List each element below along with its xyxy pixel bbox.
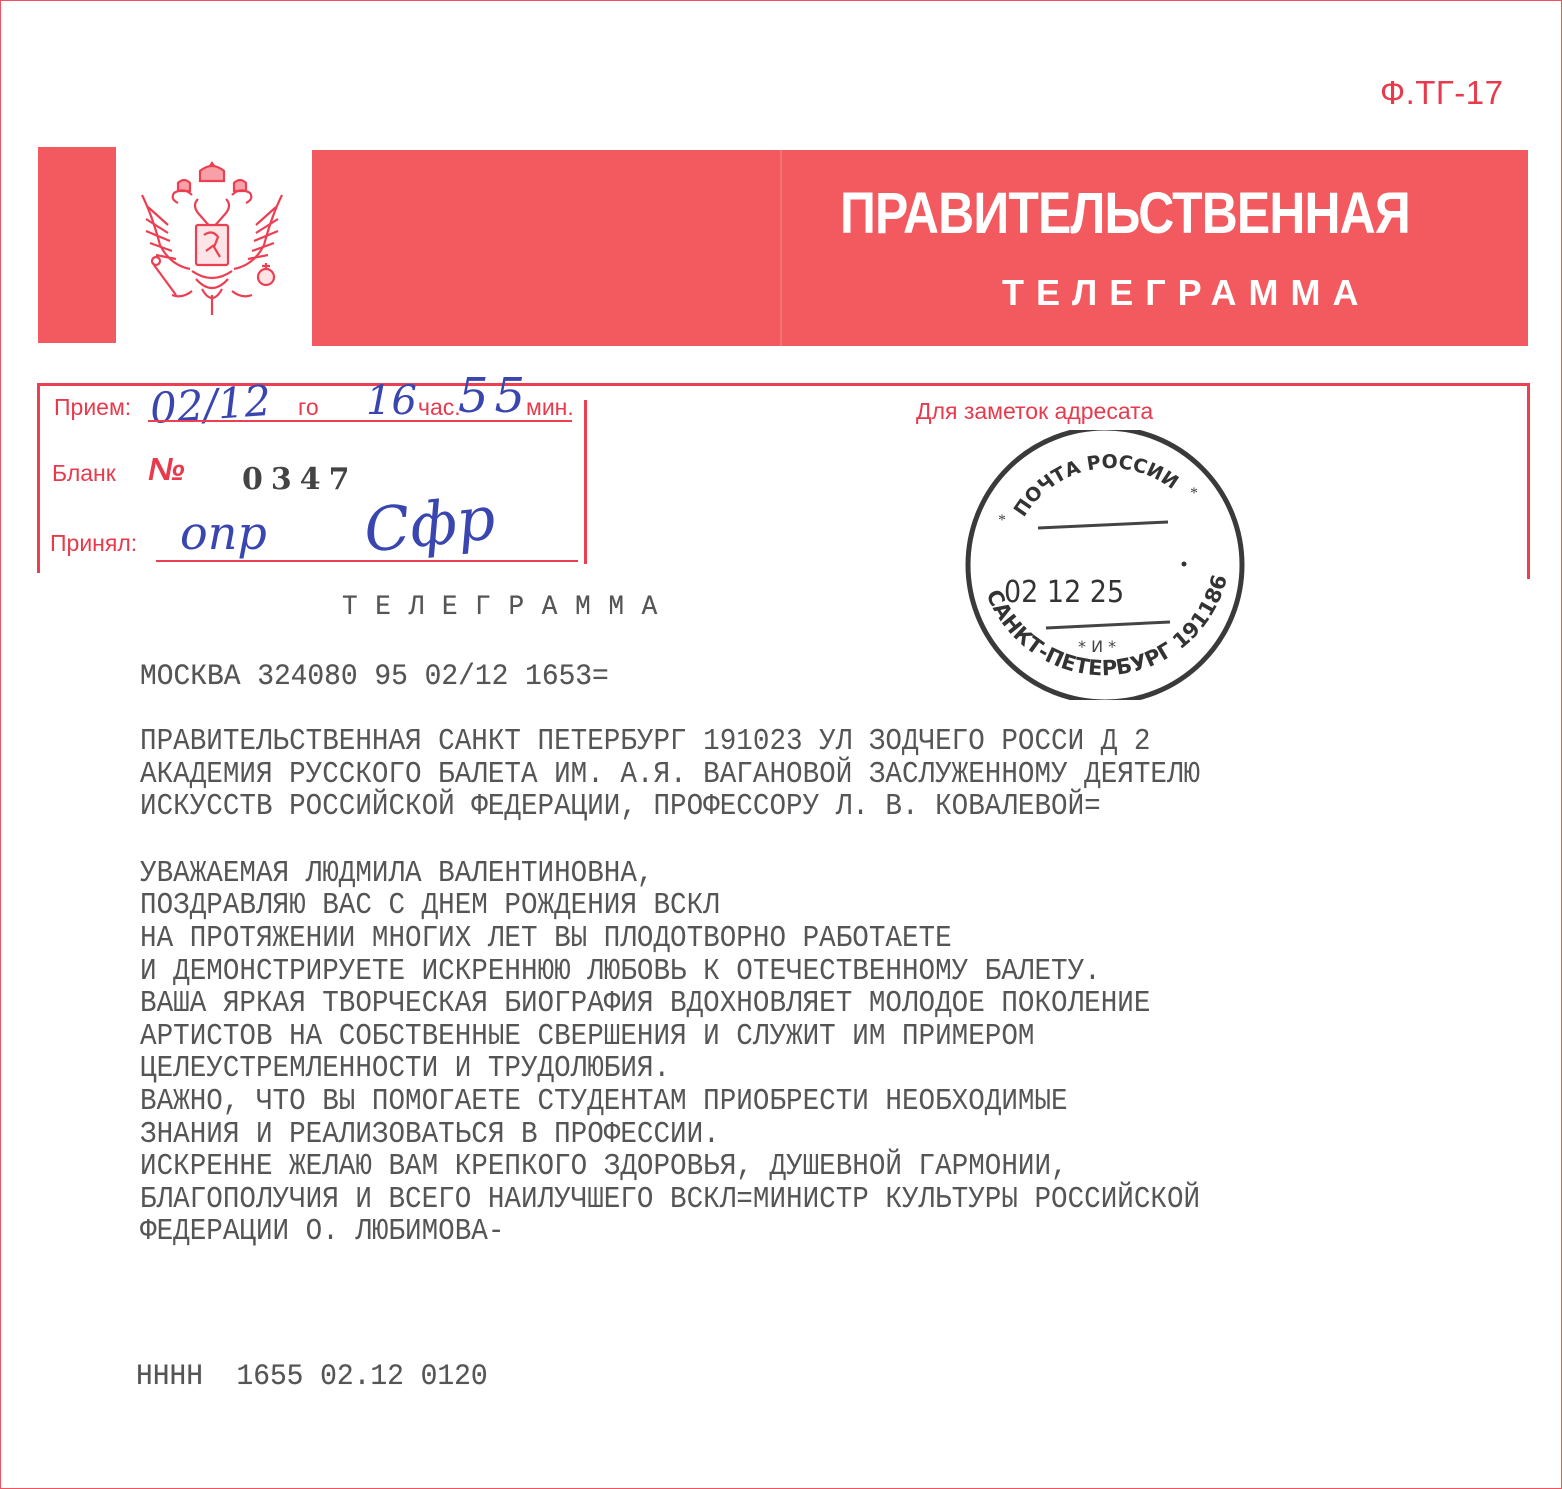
- coat-of-arms-icon: [132, 155, 292, 335]
- message-line: УВАЖАЕМАЯ ЛЮДМИЛА ВАЛЕНТИНОВНА,: [140, 858, 1200, 891]
- message-line: БЛАГОПОЛУЧИЯ И ВСЕГО НАИЛУЧШЕГО ВСКЛ=МИН…: [140, 1184, 1200, 1217]
- svg-text:*: *: [998, 512, 1006, 529]
- reception-box-left-border: [37, 383, 40, 573]
- telegram-header: ТЕЛЕГРАММА: [342, 592, 675, 623]
- notes-label: Для заметок адресата: [916, 398, 1153, 425]
- stamp-mark: * И *: [1078, 637, 1116, 656]
- received-underline: [148, 420, 572, 422]
- origin-line: МОСКВА 324080 95 02/12 1653=: [140, 660, 609, 694]
- message-line: И ДЕМОНСТРИРУЕТЕ ИСКРЕННЮЮ ЛЮБОВЬ К ОТЕЧ…: [140, 956, 1200, 989]
- message-line: ВАША ЯРКАЯ ТВОРЧЕСКАЯ БИОГРАФИЯ ВДОХНОВЛ…: [140, 988, 1200, 1021]
- signature: Сфр: [361, 483, 499, 566]
- accepted-underline: [156, 560, 578, 562]
- number-sign: №: [148, 451, 185, 488]
- blank-number: 0347: [242, 462, 358, 497]
- banner-fold: [780, 150, 782, 346]
- year-label: го: [298, 394, 319, 421]
- received-label: Прием:: [54, 394, 131, 421]
- message-line: ЗНАНИЯ И РЕАЛИЗОВАТЬСЯ В ПРОФЕССИИ.: [140, 1119, 1200, 1152]
- hour-value: 16: [366, 378, 417, 424]
- svg-text:ПОЧТА РОССИИ: ПОЧТА РОССИИ: [1010, 451, 1183, 521]
- minute-label: мин.: [526, 394, 574, 421]
- address-line: АКАДЕМИЯ РУССКОГО БАЛЕТА ИМ. А.Я. ВАГАНО…: [140, 759, 1200, 792]
- address-line: ИСКУССТВ РОССИЙСКОЙ ФЕДЕРАЦИИ, ПРОФЕССОР…: [140, 791, 1200, 824]
- message-line: НА ПРОТЯЖЕНИИ МНОГИХ ЛЕТ ВЫ ПЛОДОТВОРНО …: [140, 923, 1200, 956]
- telegram-body: ПРАВИТЕЛЬСТВЕННАЯ САНКТ ПЕТЕРБУРГ 191023…: [140, 726, 1311, 1249]
- address-line: ПРАВИТЕЛЬСТВЕННАЯ САНКТ ПЕТЕРБУРГ 191023…: [140, 726, 1200, 759]
- message-line: ЦЕЛЕУСТРЕМЛЕННОСТИ И ТРУДОЛЮБИЯ.: [140, 1053, 1200, 1086]
- accepted-by: опр: [180, 506, 267, 560]
- message-line: АРТИСТОВ НА СОБСТВЕННЫЕ СВЕРШЕНИЯ И СЛУЖ…: [140, 1021, 1200, 1054]
- reception-box-inner-right-border: [584, 400, 587, 564]
- svg-text:*: *: [1190, 485, 1198, 502]
- stamp-top-text: ПОЧТА РОССИИ: [1010, 451, 1183, 521]
- notes-box-right-border: [1527, 383, 1530, 579]
- message-line: ИСКРЕННЕ ЖЕЛАЮ ВАМ КРЕПКОГО ЗДОРОВЬЯ, ДУ…: [140, 1151, 1200, 1184]
- message-line: ВАЖНО, ЧТО ВЫ ПОМОГАЕТЕ СТУДЕНТАМ ПРИОБР…: [140, 1086, 1200, 1119]
- banner-left-block: [38, 147, 116, 343]
- received-date: 02/12: [148, 376, 272, 433]
- footer-line: НННН 1655 02.12 0120: [136, 1360, 488, 1394]
- accepted-label: Принял:: [50, 530, 137, 557]
- hour-label: час.: [418, 394, 461, 421]
- message-line: ПОЗДРАВЛЯЮ ВАС С ДНЕМ РОЖДЕНИЯ ВСКЛ: [140, 890, 1200, 923]
- minute-value: 55: [458, 368, 531, 424]
- stamp-date: 02 12 25: [1004, 575, 1124, 610]
- blank-label: Бланк: [52, 460, 116, 487]
- form-code: Ф.ТГ-17: [1380, 74, 1503, 112]
- banner-title: ПРАВИТЕЛЬСТВЕННАЯ: [840, 180, 1410, 247]
- message-line: ФЕДЕРАЦИИ О. ЛЮБИМОВА-: [140, 1216, 1200, 1249]
- banner-subtitle: ТЕЛЕГРАММА: [1002, 272, 1371, 314]
- postal-stamp-icon: ПОЧТА РОССИИ САНКТ-ПЕТЕРБУРГ 191186 * * …: [960, 430, 1250, 700]
